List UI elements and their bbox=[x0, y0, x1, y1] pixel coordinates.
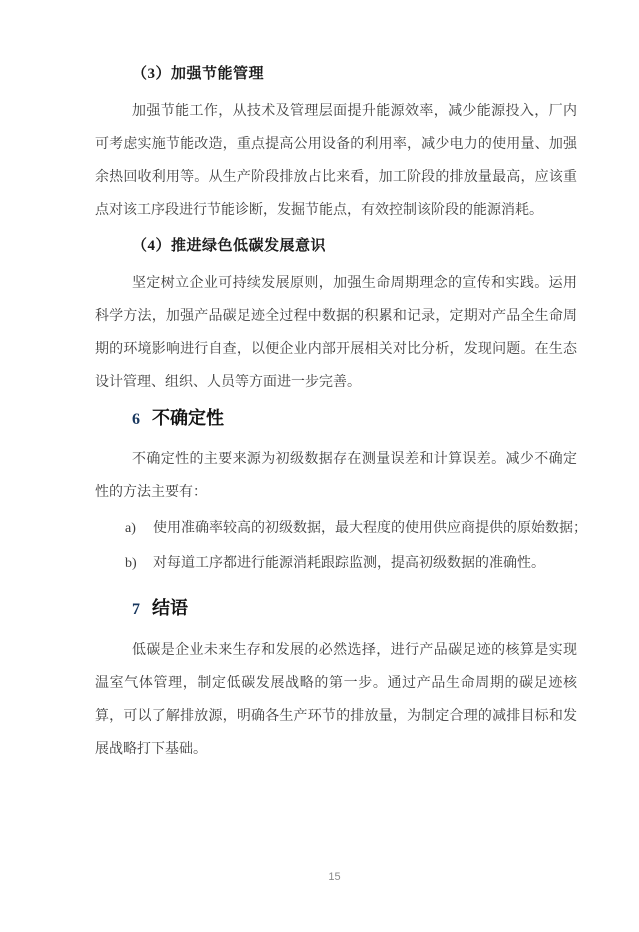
subsection-4-heading: （4）推进绿色低碳发展意识 bbox=[95, 235, 577, 257]
list-item-a: a)使用准确率较高的初级数据，最大程度的使用供应商提供的原始数据； bbox=[95, 512, 577, 545]
list-item-b-label: b) bbox=[125, 547, 153, 580]
subsection-3-heading: （3）加强节能管理 bbox=[95, 63, 577, 85]
section-6-intro-paragraph: 不确定性的主要来源为初级数据存在测量误差和计算误差。减少不确定性的方法主要有： bbox=[95, 443, 577, 509]
section-7-title: 结语 bbox=[152, 598, 188, 618]
section-7-heading: 7结语 bbox=[95, 595, 577, 623]
list-item-b-text: 对每道工序都进行能源消耗跟踪监测，提高初级数据的准确性。 bbox=[153, 556, 545, 571]
section-7-paragraph: 低碳是企业未来生存和发展的必然选择，进行产品碳足迹的核算是实现温室气体管理，制定… bbox=[95, 634, 577, 766]
document-page: （3）加强节能管理 加强节能工作，从技术及管理层面提升能源效率，减少能源投入，厂… bbox=[0, 0, 639, 932]
section-6-number: 6 bbox=[132, 411, 140, 428]
list-item-b: b)对每道工序都进行能源消耗跟踪监测，提高初级数据的准确性。 bbox=[95, 547, 577, 580]
section-6-heading: 6不确定性 bbox=[95, 405, 577, 433]
subsection-4-paragraph: 坚定树立企业可持续发展原则，加强生命周期理念的宣传和实践。运用科学方法，加强产品… bbox=[95, 267, 577, 399]
page-content: （3）加强节能管理 加强节能工作，从技术及管理层面提升能源效率，减少能源投入，厂… bbox=[95, 60, 577, 766]
subsection-3-paragraph: 加强节能工作，从技术及管理层面提升能源效率，减少能源投入，厂内可考虑实施节能改造… bbox=[95, 95, 577, 227]
page-number: 15 bbox=[0, 871, 639, 883]
section-6-title: 不确定性 bbox=[152, 408, 224, 428]
section-7-number: 7 bbox=[132, 601, 140, 618]
list-item-a-text: 使用准确率较高的初级数据，最大程度的使用供应商提供的原始数据； bbox=[153, 521, 587, 536]
list-item-a-label: a) bbox=[125, 512, 153, 545]
